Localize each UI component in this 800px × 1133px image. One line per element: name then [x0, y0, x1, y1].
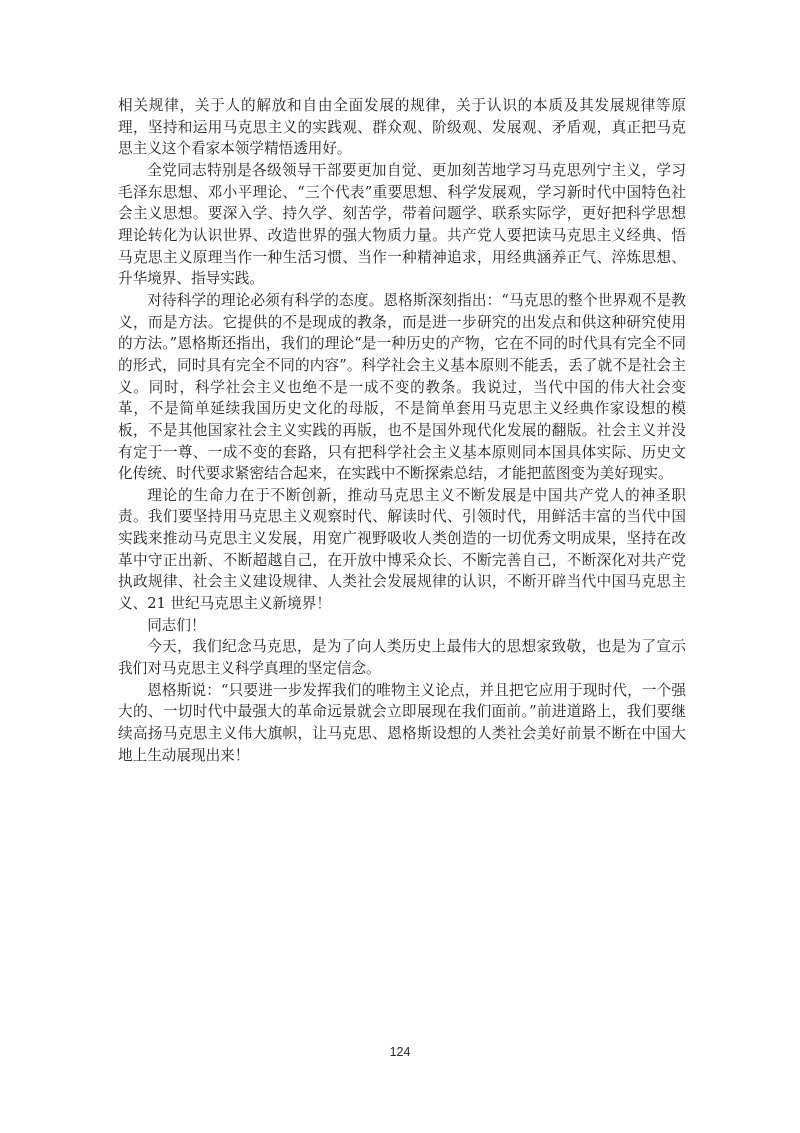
- paragraph: 对待科学的理论必须有科学的态度。恩格斯深刻指出：“马克思的整个世界观不是教义，而…: [118, 290, 686, 485]
- paragraph: 同志们！: [118, 615, 686, 637]
- paragraph: 理论的生命力在于不断创新，推动马克思主义不断发展是中国共产党人的神圣职责。我们要…: [118, 485, 686, 615]
- paragraph: 全党同志特别是各级领导干部要更加自觉、更加刻苦地学习马克思列宁主义，学习毛泽东思…: [118, 160, 686, 290]
- document-page: 相关规律，关于人的解放和自由全面发展的规律，关于认识的本质及其发展规律等原理，坚…: [0, 0, 800, 1133]
- paragraph: 恩格斯说：“只要进一步发挥我们的唯物主义论点，并且把它应用于现时代，一个强大的、…: [118, 680, 686, 767]
- page-number: 124: [0, 1045, 800, 1059]
- paragraph-continuation: 相关规律，关于人的解放和自由全面发展的规律，关于认识的本质及其发展规律等原理，坚…: [118, 95, 686, 160]
- document-body: 相关规律，关于人的解放和自由全面发展的规律，关于认识的本质及其发展规律等原理，坚…: [118, 95, 686, 766]
- paragraph: 今天，我们纪念马克思，是为了向人类历史上最伟大的思想家致敬，也是为了宣示我们对马…: [118, 636, 686, 679]
